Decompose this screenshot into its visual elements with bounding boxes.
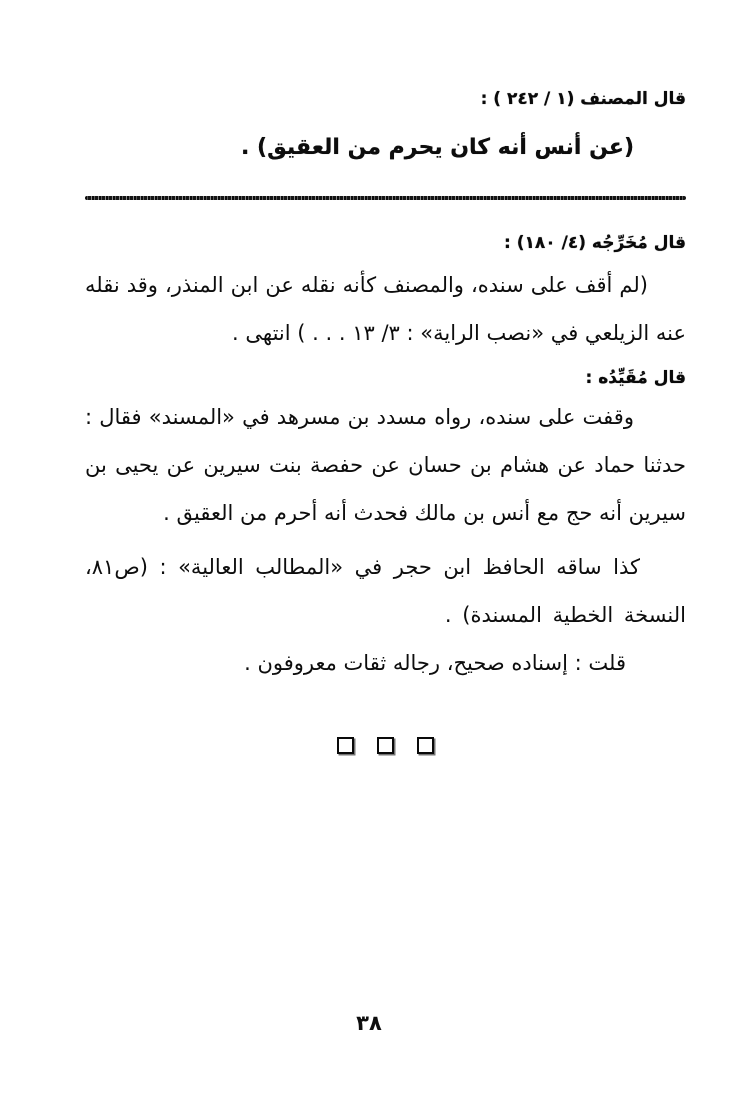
- hadith-text: (عن أنس أنه كان يحرم من العقيق) .: [85, 128, 686, 168]
- verdict-paragraph: قلت : إسناده صحيح، رجاله ثقات معروفون .: [85, 639, 686, 687]
- section-end-ornament: [85, 737, 686, 754]
- source-paragraph: كذا ساقه الحافظ ابن حجر في «المطالب العا…: [85, 543, 686, 639]
- page-number: ٣٨: [0, 1011, 738, 1035]
- book-page: قال المصنف (١ / ٢٤٢ ) : (عن أنس أنه كان …: [0, 0, 756, 1111]
- mukharrij-comment: (لم أقف على سنده، والمصنف كأنه نقله عن ا…: [85, 261, 686, 357]
- muqayyid-heading: قال مُقَيِّدُه :: [85, 365, 686, 391]
- isnad-paragraph: وقفت على سنده، رواه مسدد بن مسرهد في «ال…: [85, 393, 686, 537]
- musannif-heading: قال المصنف (١ / ٢٤٢ ) :: [85, 86, 686, 112]
- mukharrij-heading: قال مُخَرِّجُه (٤/ ١٨٠) :: [85, 230, 686, 256]
- ornament-square-icon: [377, 737, 394, 754]
- section-divider: [85, 196, 686, 200]
- ornament-square-icon: [337, 737, 354, 754]
- ornament-square-icon: [417, 737, 434, 754]
